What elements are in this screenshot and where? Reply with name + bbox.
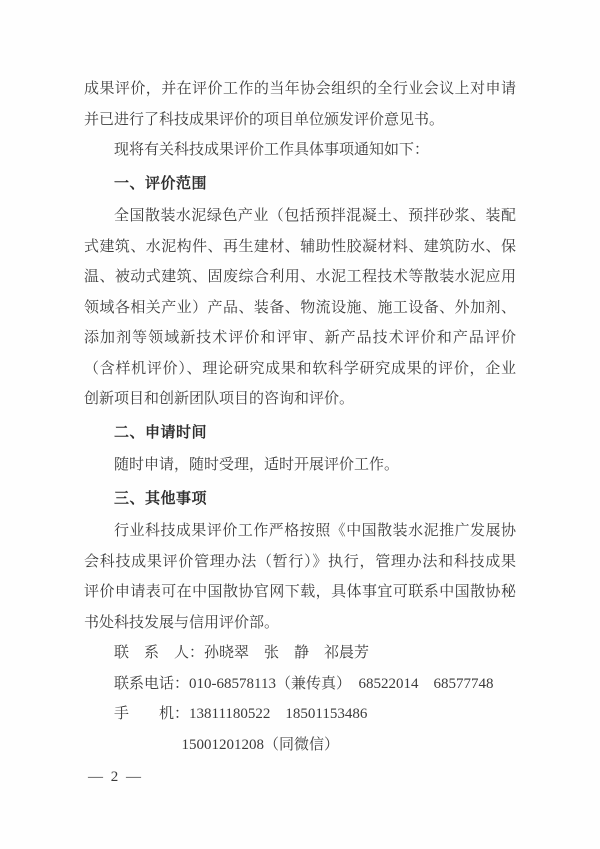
section-1-heading: 一、评价范围 [84, 169, 516, 200]
section-3-line-3: 评价申请表可在中国散协官网下载，具体事宜可联系中国散协秘 [84, 577, 516, 608]
section-1-line-6: （含样机评价）、理论研究成果和软科学研究成果的评价，企业 [84, 354, 516, 385]
section-3-line-1: 行业科技成果评价工作严格按照《中国散装水泥推广发展协 [84, 516, 516, 547]
intro-line-3: 现将有关科技成果评价工作具体事项通知如下： [84, 135, 516, 166]
document-body: 成果评价，并在评价工作的当年协会组织的全行业会议上对申请 并已进行了科技成果评价… [84, 74, 516, 760]
document-page: 成果评价，并在评价工作的当年协会组织的全行业会议上对申请 并已进行了科技成果评价… [0, 0, 600, 849]
page-number: — 2 — [88, 769, 143, 786]
section-1-line-4: 领域各相关产业）产品、装备、物流设施、施工设备、外加剂、 [84, 293, 516, 324]
section-3-line-2: 会科技成果评价管理办法（暂行）》执行，管理办法和科技成果 [84, 547, 516, 578]
section-1-line-2: 式建筑、水泥构件、再生建材、辅助性胶凝材料、建筑防水、保 [84, 232, 516, 263]
section-2-heading: 二、申请时间 [84, 418, 516, 449]
section-2-line-1: 随时申请，随时受理，适时开展评价工作。 [84, 450, 516, 481]
section-1-line-7: 创新项目和创新团队项目的咨询和评价。 [84, 384, 516, 415]
section-1-line-5: 添加剂等领域新技术评价和评审、新产品技术评价和产品评价 [84, 323, 516, 354]
section-3-line-4: 书处科技发展与信用评价部。 [84, 608, 516, 639]
contact-mobile-extra-line: 15001201208（同微信） [84, 730, 516, 761]
contact-mobile-line: 手 机：13811180522 18501153486 [84, 699, 516, 730]
contact-person-line: 联 系 人：孙晓翠 张 静 祁晨芳 [84, 638, 516, 669]
intro-line-2: 并已进行了科技成果评价的项目单位颁发评价意见书。 [84, 105, 516, 136]
intro-line-1: 成果评价，并在评价工作的当年协会组织的全行业会议上对申请 [84, 74, 516, 105]
contact-phone-line: 联系电话：010-68578113（兼传真） 68522014 68577748 [84, 669, 516, 700]
section-1-line-3: 温、被动式建筑、固废综合利用、水泥工程技术等散装水泥应用 [84, 262, 516, 293]
section-3-heading: 三、其他事项 [84, 484, 516, 515]
section-1-line-1: 全国散装水泥绿色产业（包括预拌混凝土、预拌砂浆、装配 [84, 201, 516, 232]
